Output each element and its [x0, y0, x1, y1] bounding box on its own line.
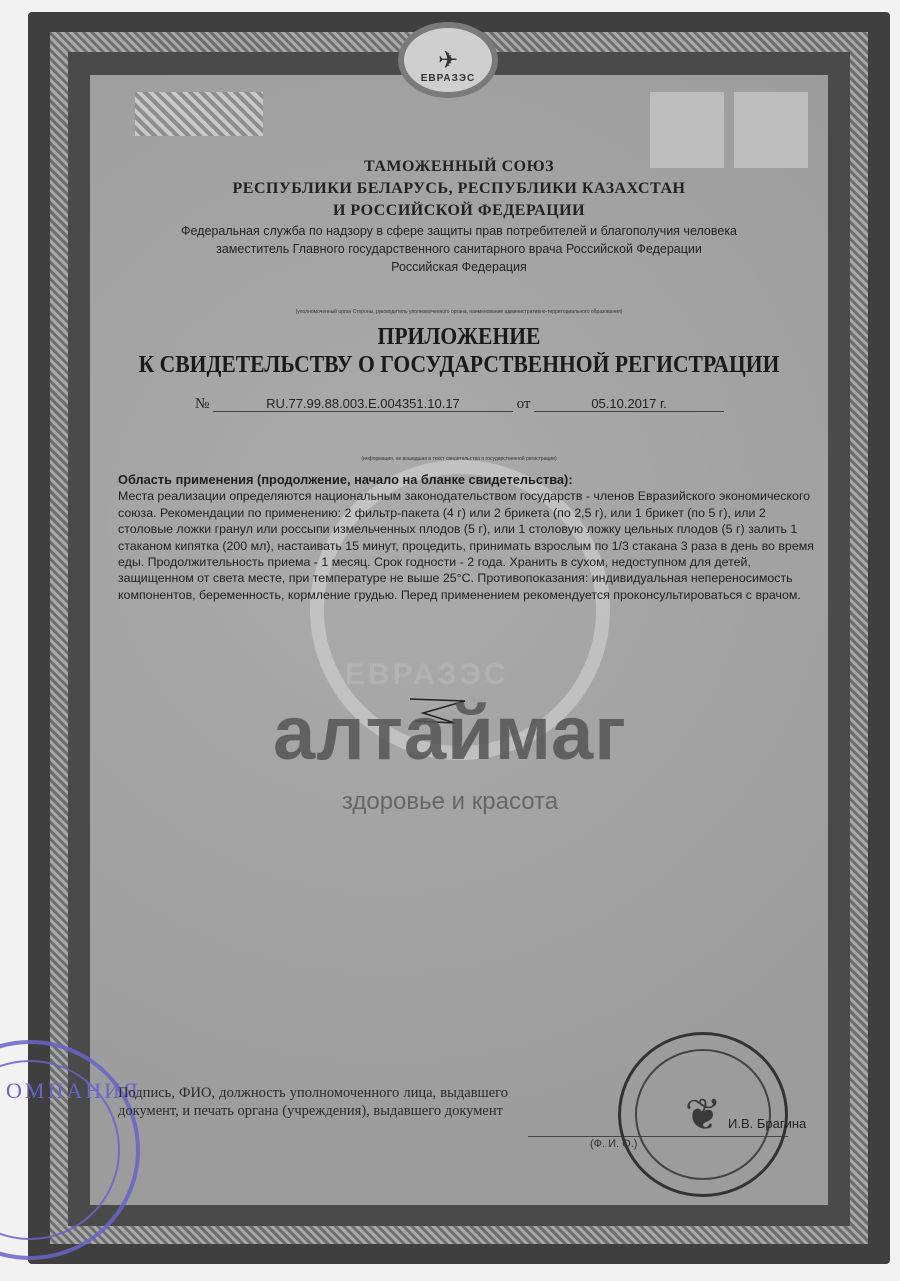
document-title: ПРИЛОЖЕНИЕ К СВИДЕТЕЛЬСТВУ О ГОСУДАРСТВЕ… — [90, 323, 828, 379]
header-block: ТАМОЖЕННЫЙ СОЮЗ РЕСПУБЛИКИ БЕЛАРУСЬ, РЕС… — [90, 156, 828, 276]
official-round-stamp: ❦ — [618, 1032, 788, 1197]
registration-line: № RU.77.99.88.003.E.004351.10.17 от 05.1… — [195, 396, 724, 413]
application-text: Места реализации определяются национальн… — [118, 488, 818, 603]
authority-line-1: Федеральная служба по надзору в сфере за… — [90, 222, 828, 240]
date-label: от — [517, 396, 531, 412]
header-line-2: РЕСПУБЛИКИ БЕЛАРУСЬ, РЕСПУБЛИКИ КАЗАХСТА… — [90, 178, 828, 200]
title-line-2: К СВИДЕТЕЛЬСТВУ О ГОСУДАРСТВЕННОЙ РЕГИСТ… — [127, 351, 791, 379]
authority-line-2: заместитель Главного государственного са… — [90, 240, 828, 258]
decorative-lace-box — [135, 92, 263, 136]
coat-of-arms-icon: ❦ — [685, 1089, 722, 1140]
registration-number: RU.77.99.88.003.E.004351.10.17 — [213, 396, 513, 412]
authority-line-3: Российская Федерация — [90, 258, 828, 276]
application-heading: Область применения (продолжение, начало … — [118, 472, 818, 488]
authority-caption: (уполномоченный орган Стороны, руководит… — [90, 309, 828, 315]
signatory-name: И.В. Брагина — [728, 1116, 806, 1131]
signature-label: Подпись, ФИО, должность уполномоченного … — [118, 1084, 508, 1120]
registration-date: 05.10.2017 г. — [534, 396, 724, 412]
application-area: Область применения (продолжение, начало … — [118, 472, 818, 603]
header-line-3: И РОССИЙСКОЙ ФЕДЕРАЦИИ — [90, 200, 828, 222]
number-label: № — [195, 396, 209, 412]
title-line-1: ПРИЛОЖЕНИЕ — [127, 323, 791, 351]
evrazes-emblem-icon: ✈ — [438, 49, 458, 73]
header-line-1: ТАМОЖЕННЫЙ СОЮЗ — [90, 156, 828, 178]
evrazes-logo: ✈ ЕВРАЗЭС — [398, 22, 498, 98]
logo-text: ЕВРАЗЭС — [421, 73, 476, 84]
seal-ghost-text: ЕВРАЗЭС — [345, 658, 509, 692]
watermark-brand: алтаймаг — [0, 690, 900, 777]
watermark-tagline: здоровье и красота — [0, 788, 900, 816]
